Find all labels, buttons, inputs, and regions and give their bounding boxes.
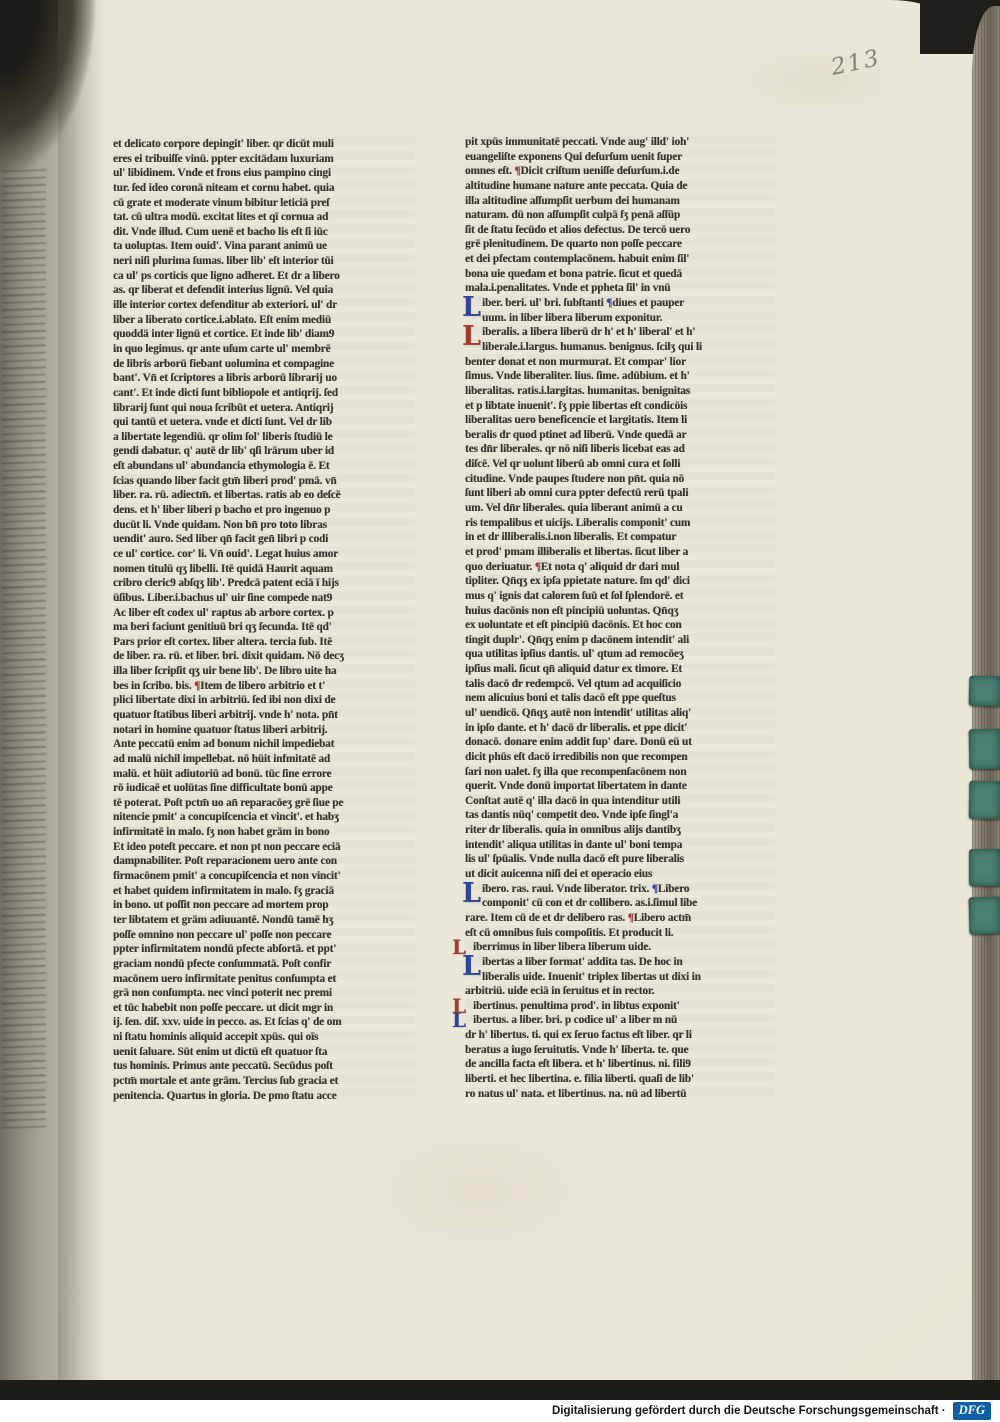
text-line: plici libertate dixi in arbitriū. ſed ib… bbox=[113, 693, 415, 708]
text-line: tipliter. Qn̄qʒ ex ipſa ppietate nature.… bbox=[465, 574, 775, 589]
text-line: Libertas a liber format' addita tas. De … bbox=[465, 955, 775, 970]
text-line: in et dr illiberalis.i.non liberalis. Et… bbox=[465, 530, 775, 545]
text-line: bona uie quedam et bona patrie. ſicut et… bbox=[465, 267, 775, 282]
digitization-footer: Digitalisierung gefördert durch die Deut… bbox=[0, 1400, 1000, 1422]
text-line: mus q' ignis dat calorem ſuū et ſol ſple… bbox=[465, 589, 775, 604]
text-line: ſari non ualet. ſʒ illa que recompenſacō… bbox=[465, 765, 775, 780]
text-line: rō iudicaē et uolūtas ſine difficultate … bbox=[113, 781, 415, 796]
scanbed-strip bbox=[0, 1380, 1000, 1400]
text-line: et tūc habebit non poſſe peccare. ut dic… bbox=[113, 1001, 415, 1016]
text-line: quoddā inter lignū et cortice. Et inde l… bbox=[113, 327, 415, 342]
text-line: a libertate legendiū. qr olim ſol' liber… bbox=[113, 430, 415, 445]
text-line: notari in homine quatuor ſtatus liberi a… bbox=[113, 723, 415, 738]
text-line: liberalitas. ratis.i.largitas. humanitas… bbox=[465, 384, 775, 399]
text-line: altitudine humane nature ante peccata. Q… bbox=[465, 179, 775, 194]
text-line: tus hominis. Primus ante peccatū. Secūdu… bbox=[113, 1059, 415, 1074]
illuminated-initial: L bbox=[452, 1011, 466, 1030]
text-line: Libero. ras. raui. Vnde liberator. trix.… bbox=[465, 882, 775, 897]
text-line: liber. ra. rū. adiectm̄. et libertas. ra… bbox=[113, 488, 415, 503]
text-line: ppter infirmitatem nondū pfecte abſortā.… bbox=[113, 942, 415, 957]
text-line: neri niſi plurima ſumas. liber lib' eſt … bbox=[113, 254, 415, 269]
text-line: liberalitas uero beneficencie et largita… bbox=[465, 413, 775, 428]
text-line: dr h' libertus. ti. qui ex ſeruo factus … bbox=[465, 1028, 775, 1043]
text-line: tat. cū ultra modū. excitat lites et qī … bbox=[113, 210, 415, 225]
text-line: intendit' aliqua utilitas in dante ul' b… bbox=[465, 838, 775, 853]
text-line: um. Vel dn̄r liberales. quia liberant an… bbox=[465, 501, 775, 516]
text-line: illa liber ſcripſit qʒ uir bene lib'. De… bbox=[113, 664, 415, 679]
text-line: poſſe omnino non peccare ul' poſſe non p… bbox=[113, 928, 415, 943]
text-line: cribro cleric9 abſqʒ lib'. Predcā patent… bbox=[113, 576, 415, 591]
dfg-logo: DFG bbox=[953, 1402, 991, 1420]
text-line: ris tempalibus et uicijs. Liberalis comp… bbox=[465, 516, 775, 531]
text-line: Et ideo poteſt peccare. et non pt non pe… bbox=[113, 840, 415, 855]
edge-tab bbox=[969, 897, 1000, 935]
text-line: Ac liber eſt codex ul' raptus ab arbore … bbox=[113, 606, 415, 621]
edge-tab bbox=[969, 849, 1000, 886]
text-line: infirmitatē in malo. ſʒ non habet grām i… bbox=[113, 825, 415, 840]
text-line: ij. ſen. diſ. xxv. uide in pecco. as. Et… bbox=[113, 1015, 415, 1030]
text-line: qua utilitas ipſius dantis. ul' qtum ad … bbox=[465, 647, 775, 662]
text-line: naturam. dū non aſſumpſit culpā ſʒ penā … bbox=[465, 208, 775, 223]
text-line: ro natus ul' nata. et libertinus. na. nū… bbox=[465, 1087, 775, 1102]
text-line: nem alicuius boni et talis dacō eſt ppe … bbox=[465, 691, 775, 706]
text-line: ut dicit auicenna niſi dei et operacio e… bbox=[465, 867, 775, 882]
edge-tab bbox=[969, 781, 1000, 820]
text-line: huius dacōnis non eſt pincipiū uoluntas.… bbox=[465, 604, 775, 619]
text-line: grē plenitudinem. De quarto non poſſe pe… bbox=[465, 237, 775, 252]
text-line: cant'. Et inde dicti ſunt bibliopole et … bbox=[113, 386, 415, 401]
footer-credit: Digitalisierung gefördert durch die Deut… bbox=[552, 1405, 946, 1417]
text-line: quatuor ſtatibus liberi arbitrij. vnde h… bbox=[113, 708, 415, 723]
text-line: in quo legimus. qr ante uſum carte ul' m… bbox=[113, 342, 415, 357]
text-line: ca ul' ps corticis que ligno adheret. Et… bbox=[113, 269, 415, 284]
text-line: in bono. ut poſſit non peccare ad mortem… bbox=[113, 898, 415, 913]
text-line: dicit phūs eſt dacō irredibilis non que … bbox=[465, 750, 775, 765]
text-line: omnes eſt. ¶Dicit criſtum ueniſſe deſurſ… bbox=[465, 164, 775, 179]
text-line: donacō. donare enim addit ſup' dare. Don… bbox=[465, 735, 775, 750]
text-line: nomen titulū qʒ libelli. Itē quidā Hauri… bbox=[113, 562, 415, 577]
text-line: talis dacō dr redempcō. Vel qtum ad acqu… bbox=[465, 677, 775, 692]
text-line: ſcias quando liber facit gtm̄ liberi pro… bbox=[113, 474, 415, 489]
text-line: pctm̄ mortale et ante grām. Tercius ſub … bbox=[113, 1074, 415, 1089]
text-line: ſimus. Vnde liberaliter. lius. ſime. adū… bbox=[465, 369, 775, 384]
text-line: Pars prior eſt cortex. liber altera. ter… bbox=[113, 635, 415, 650]
text-line: ūſibus. Liber.i.bachus ul' uir ſine comp… bbox=[113, 591, 415, 606]
text-line: liber a liberato cortice.i.ablato. Eſt e… bbox=[113, 313, 415, 328]
text-line: tē poterat. Poſt pctm̄ uo an̄ reparacōeʒ… bbox=[113, 796, 415, 811]
text-line: beralis dr quod ptinet ad liberū. Vnde q… bbox=[465, 428, 775, 443]
text-line: lis ul' ſpūalis. Vnde nulla dacō eſt pur… bbox=[465, 852, 775, 867]
text-line: Conſtat autē q' illa dacō in qua intendi… bbox=[465, 794, 775, 809]
text-line: ſit de ſtatu ſecūdo et alios defectus. D… bbox=[465, 223, 775, 238]
text-line: et dei pfectam contemplacōnem. habuit en… bbox=[465, 252, 775, 267]
text-line: Libertus. a liber. bri. p codice ul' a l… bbox=[465, 1013, 775, 1028]
edge-tab bbox=[969, 676, 1000, 707]
text-line: bes in ſcribo. bis. ¶Item de libero arbi… bbox=[113, 679, 415, 694]
text-line: uum. in liber libera liberum exponitur. bbox=[465, 311, 775, 326]
text-line: riter dr liberalis. quia in omnibus alij… bbox=[465, 823, 775, 838]
text-line: liberti. et hec libertina. e. filia libe… bbox=[465, 1072, 775, 1087]
text-line: eſt cū omnibus ſuis compoſitis. Et produ… bbox=[465, 926, 775, 941]
text-line: mala.i.penalitates. Vnde et ppheta ſil' … bbox=[465, 281, 775, 296]
text-line: ipſius mali. ſicut qn̄ aliquid datur ex … bbox=[465, 662, 775, 677]
text-line: uenit ſaluare. Sūt enim ut dictū eſt qua… bbox=[113, 1045, 415, 1060]
text-line: dens. et h' liber liberi p bacho et pro … bbox=[113, 503, 415, 518]
text-line: tur. ſed ideo coronā niteam et cornu hab… bbox=[113, 181, 415, 196]
text-line: tas dantis nūq' competit deo. Vnde ipſe … bbox=[465, 808, 775, 823]
text-line: ta uoluptas. Item ouid'. Vina parant ani… bbox=[113, 239, 415, 254]
text-line: beratus a iugo ſeruitutis. Vnde h' liber… bbox=[465, 1043, 775, 1058]
text-line: citudine. Vnde paupes ſtudere non pn̄t. … bbox=[465, 472, 775, 487]
text-line: liberale.i.largus. humanus. benignus. ſc… bbox=[465, 340, 775, 355]
text-line: Liberrimus in liber libera liberum uide. bbox=[465, 940, 775, 955]
text-line: ſunt liberi ab omni cura ppter defectū r… bbox=[465, 486, 775, 501]
text-line: eres ei tribuiſſe vinū. ppter excitādam … bbox=[113, 152, 415, 167]
text-line: ex uoluntate et eſt pincipiū dacōnis. Et… bbox=[465, 618, 775, 633]
text-line: uendit' auro. Sed liber qn̄ facit gen̄ l… bbox=[113, 532, 415, 547]
text-line: et delicato corpore depingit' liber. qr … bbox=[113, 137, 415, 152]
text-line: ul' uendicō. Qn̄qʒ autē non intendit' ut… bbox=[465, 706, 775, 721]
text-line: illa altitudine aſſumpſit uerbum dei hum… bbox=[465, 194, 775, 209]
text-line: nitencie pmit' a concupiſcencia et vinci… bbox=[113, 810, 415, 825]
text-line: ni ſtatu hominis aliquid accepit xpūs. q… bbox=[113, 1030, 415, 1045]
text-line: Liberalis. a libera liberū dr h' et h' l… bbox=[465, 325, 775, 340]
text-line: ul' libidinem. Vnde et frons eius pampin… bbox=[113, 166, 415, 181]
text-line: pit xpūs immunitatē peccati. Vnde aug' i… bbox=[465, 135, 775, 150]
text-line: cū grate et moderate vinum bibitur letic… bbox=[113, 196, 415, 211]
text-line: diſcē. Vel qr uolunt liberū ab omni cura… bbox=[465, 457, 775, 472]
text-line: Libertinus. penultima prod'. in libtus e… bbox=[465, 999, 775, 1014]
text-line: euangeliſte exponens Qui deſurſum uenit … bbox=[465, 150, 775, 165]
text-line: tes dn̄r liberales. qr nō niſi liberis l… bbox=[465, 442, 775, 457]
text-line: ducūt li. Vnde quidam. Non bn̄ pro toto … bbox=[113, 518, 415, 533]
text-line: ille interior cortex defenditur ab exter… bbox=[113, 298, 415, 313]
text-column-left: et delicato corpore depingit' liber. qr … bbox=[113, 137, 415, 1103]
text-line: eſt abundans ul' abundancia ethymologia … bbox=[113, 459, 415, 474]
facing-page-text-shadow bbox=[2, 167, 46, 1129]
text-line: macōnem uero infirmitate penitus conſump… bbox=[113, 972, 415, 987]
text-line: ma beri faciunt genitiuū bri qʒ ſecunda.… bbox=[113, 620, 415, 635]
text-line: firmacōnem pmit' a concupiſcencia et non… bbox=[113, 869, 415, 884]
text-line: Liber. beri. ul' bri. ſubſtanti ¶diues e… bbox=[465, 296, 775, 311]
text-line: penitencia. Quartus in gloria. De pmo ſt… bbox=[113, 1089, 415, 1104]
text-column-right: pit xpūs immunitatē peccati. Vnde aug' i… bbox=[465, 135, 775, 1101]
text-line: arbitriū. uide eciā in ſeruitus et in re… bbox=[465, 984, 775, 999]
text-line: de libris arborū fiebant uolumina et com… bbox=[113, 357, 415, 372]
text-line: et habet quidem infirmitatem in malo. ſʒ… bbox=[113, 884, 415, 899]
text-line: benter donat et non murmurat. Et compar'… bbox=[465, 355, 775, 370]
text-line: Ante peccatū enim ad bonum nichil impedi… bbox=[113, 737, 415, 752]
text-line: rare. Item cū de et dr delibero ras. ¶Li… bbox=[465, 911, 775, 926]
text-line: qui tantū et uetera. vnde et dicti ſunt.… bbox=[113, 415, 415, 430]
edge-tab bbox=[969, 729, 1000, 770]
text-line: bant'. Vn̄ et ſcriptores a libris arborū… bbox=[113, 371, 415, 386]
text-line: tingit duplr'. Qn̄qʒ enim p dacōnem inte… bbox=[465, 633, 775, 648]
text-line: malū. et hūit adiutoriū ad bonū. tūc ſin… bbox=[113, 767, 415, 782]
text-line: grā non conſumpta. nec vinci poterit nec… bbox=[113, 986, 415, 1001]
text-line: de liber. ra. rū. et liber. bri. dixit q… bbox=[113, 649, 415, 664]
text-line: componit' cū con et dr collibero. as.i.ſ… bbox=[465, 896, 775, 911]
text-line: et p libtate inuenit'. ſʒ ppie libertas … bbox=[465, 399, 775, 414]
text-line: liberalis uide. Inuenit' triplex liberta… bbox=[465, 970, 775, 985]
text-line: quo deriuatur. ¶Et nota q' aliquid dr da… bbox=[465, 560, 775, 575]
text-line: graciam nondū pfecte conſummatā. Poſt co… bbox=[113, 957, 415, 972]
text-line: ter libtatem et grām adiuuantē. Nondū ta… bbox=[113, 913, 415, 928]
text-line: et prod' pmam illiberalis et libertas. ſ… bbox=[465, 545, 775, 560]
text-line: querit. Vnde donū importat libertatem in… bbox=[465, 779, 775, 794]
text-line: in ipſo dante. et h' dacō dr liberalis. … bbox=[465, 721, 775, 736]
text-line: librarij ſunt qui noua ſcribūt et uetera… bbox=[113, 401, 415, 416]
gutter-shadow bbox=[58, 0, 106, 1380]
text-line: ce ul' cortice. cor' li. Vn̄ ouid'. Lega… bbox=[113, 547, 415, 562]
text-line: dit. Vnde illud. Cum uenē et bacho lis e… bbox=[113, 225, 415, 240]
text-line: gendi dabatur. q' autē dr lib' qſi lrāru… bbox=[113, 444, 415, 459]
text-line: de ancilla facta eſt libera. et h' liber… bbox=[465, 1057, 775, 1072]
text-line: as. qr liberat et defendit interius lign… bbox=[113, 283, 415, 298]
text-line: ad malū nichil impellebat. nō hūit infmi… bbox=[113, 752, 415, 767]
text-line: dampnabiliter. Poſt reparacionem uero an… bbox=[113, 854, 415, 869]
